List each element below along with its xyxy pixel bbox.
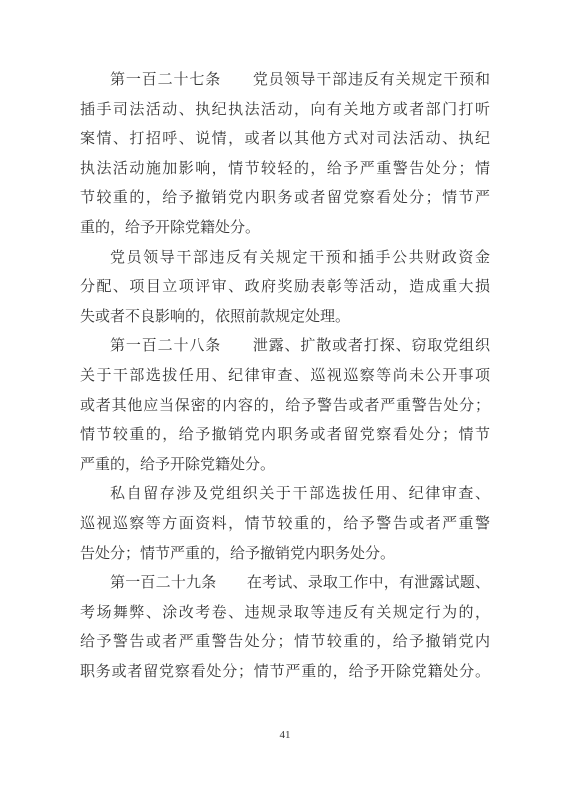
document-body: 第一百二十七条 党员领导干部违反有关规定干预和 插手司法活动、执纪执法活动，向有…	[80, 66, 490, 687]
text-line: 私自留存涉及党组织关于干部选拔任用、纪律审查、	[80, 480, 490, 510]
paragraph-article-128: 第一百二十八条 泄露、扩散或者打探、窃取党组织 关于干部选拔任用、纪律审查、巡视…	[80, 332, 490, 480]
paragraph-article-127-clause-2: 党员领导干部违反有关规定干预和插手公共财政资金 分配、项目立项评审、政府奖励表彰…	[80, 244, 490, 333]
text-line: 执法活动施加影响，情节较轻的，给予严重警告处分；情	[80, 155, 490, 185]
text-line: 第一百二十九条 在考试、录取工作中，有泄露试题、	[80, 569, 490, 599]
text-line: 告处分；情节严重的，给予撤销党内职务处分。	[80, 540, 490, 570]
text-line: 第一百二十八条 泄露、扩散或者打探、窃取党组织	[80, 332, 490, 362]
text-line: 失或者不良影响的，依照前款规定处理。	[80, 303, 490, 333]
text-line: 分配、项目立项评审、政府奖励表彰等活动，造成重大损	[80, 273, 490, 303]
text-line: 考场舞弊、涂改考卷、违规录取等违反有关规定行为的，	[80, 599, 490, 629]
paragraph-article-128-clause-2: 私自留存涉及党组织关于干部选拔任用、纪律审查、 巡视巡察等方面资料，情节较重的，…	[80, 480, 490, 569]
text-line: 情节较重的，给予撤销党内职务或者留党察看处分；情节	[80, 421, 490, 451]
text-line: 给予警告或者严重警告处分；情节较重的，给予撤销党内	[80, 628, 490, 658]
text-line: 职务或者留党察看处分；情节严重的，给予开除党籍处分。	[80, 658, 490, 688]
text-line: 巡视巡察等方面资料，情节较重的，给予警告或者严重警	[80, 510, 490, 540]
text-line: 党员领导干部违反有关规定干预和插手公共财政资金	[80, 244, 490, 274]
text-line: 第一百二十七条 党员领导干部违反有关规定干预和	[80, 66, 490, 96]
text-line: 插手司法活动、执纪执法活动，向有关地方或者部门打听	[80, 96, 490, 126]
page-number: 41	[80, 729, 490, 741]
text-line: 或者其他应当保密的内容的，给予警告或者严重警告处分；	[80, 392, 490, 422]
document-page: 第一百二十七条 党员领导干部违反有关规定干预和 插手司法活动、执纪执法活动，向有…	[0, 0, 566, 800]
text-line: 关于干部选拔任用、纪律审查、巡视巡察等尚未公开事项	[80, 362, 490, 392]
text-line: 案情、打招呼、说情，或者以其他方式对司法活动、执纪	[80, 125, 490, 155]
text-line: 严重的，给予开除党籍处分。	[80, 451, 490, 481]
text-line: 节较重的，给予撤销党内职务或者留党察看处分；情节严	[80, 184, 490, 214]
paragraph-article-129: 第一百二十九条 在考试、录取工作中，有泄露试题、 考场舞弊、涂改考卷、违规录取等…	[80, 569, 490, 687]
paragraph-article-127: 第一百二十七条 党员领导干部违反有关规定干预和 插手司法活动、执纪执法活动，向有…	[80, 66, 490, 244]
text-line: 重的，给予开除党籍处分。	[80, 214, 490, 244]
